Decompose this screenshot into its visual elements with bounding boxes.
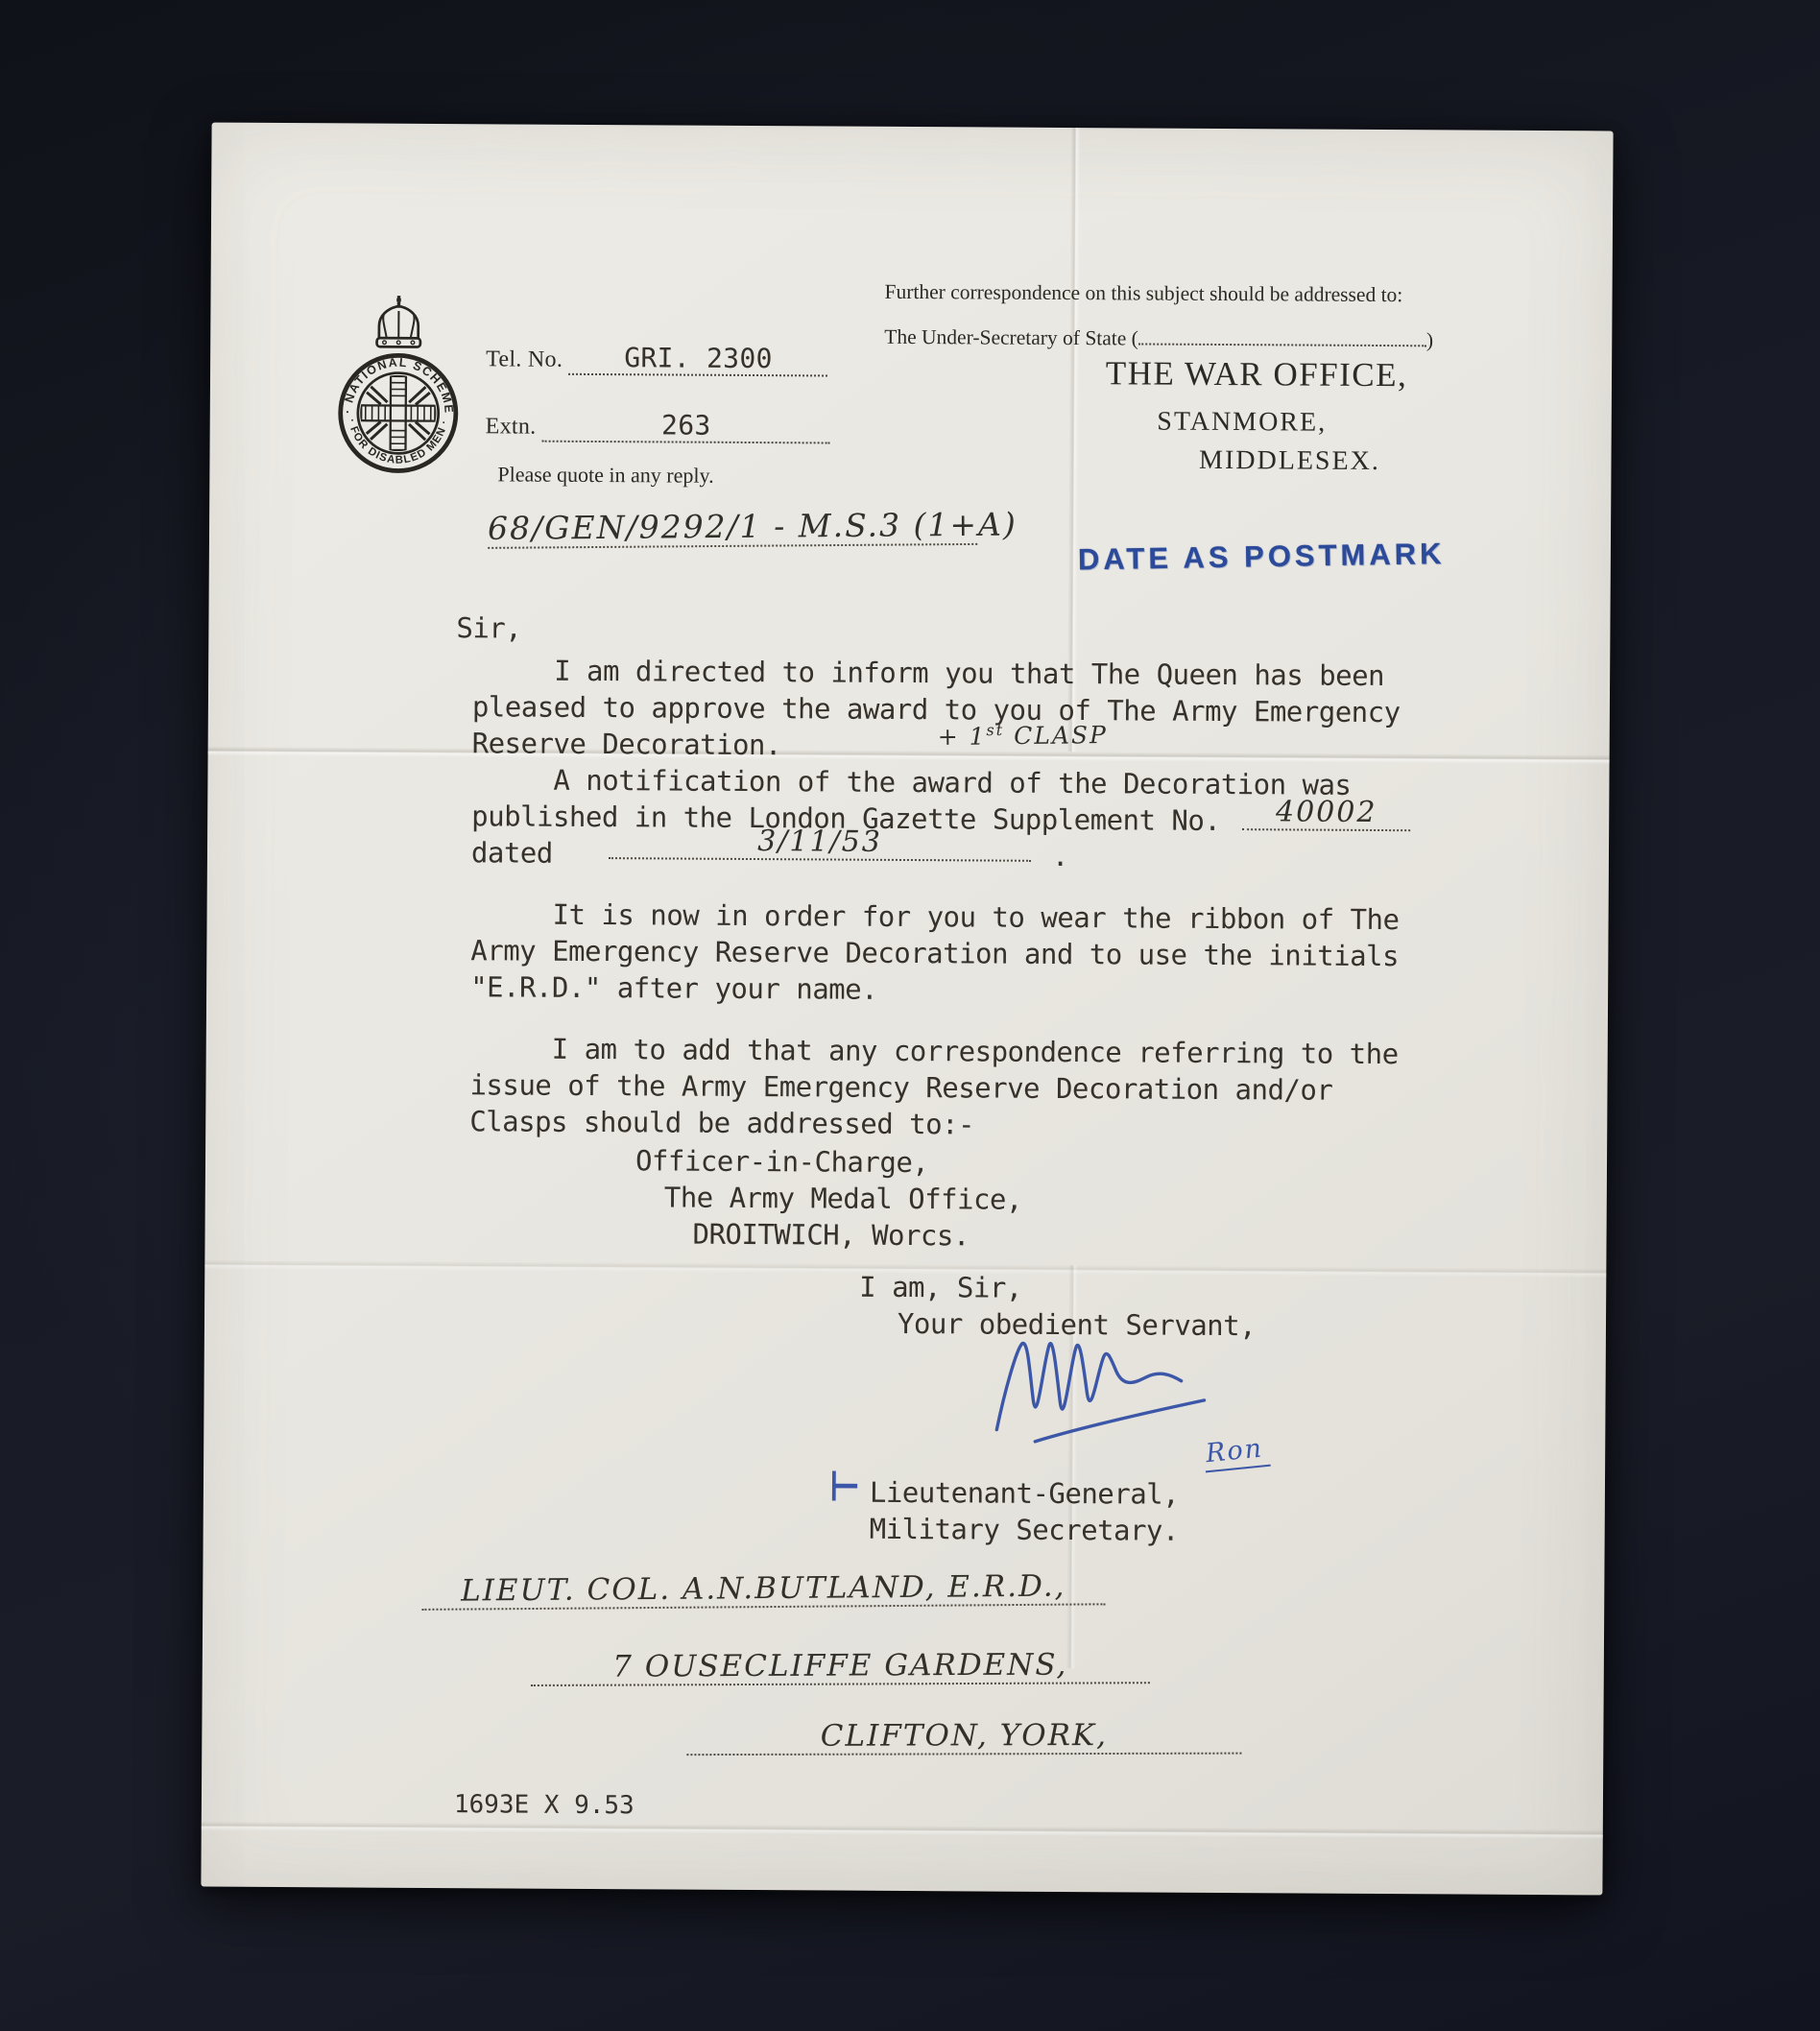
under-secretary-line: The Under-Secretary of State () bbox=[884, 323, 1433, 352]
extn-leader: 263 bbox=[542, 409, 830, 444]
signer-insertion-mark: ⊢ bbox=[829, 1463, 860, 1512]
form-number: 1693E X 9.53 bbox=[454, 1790, 635, 1820]
para3-line3: "E.R.D." after your name. bbox=[470, 970, 877, 1006]
gazette-date: 3/11/53 bbox=[609, 824, 1031, 862]
fold-crease-horizontal-upper bbox=[208, 747, 1610, 765]
para3-line1: It is now in order for you to wear the r… bbox=[552, 898, 1399, 936]
fold-crease-horizontal-bottom bbox=[202, 1822, 1603, 1840]
para1-line2: pleased to approve the award to you of T… bbox=[472, 690, 1401, 729]
para1-line1: I am directed to inform you that The Que… bbox=[554, 655, 1384, 692]
signer-title-line1: Lieutenant-General, bbox=[870, 1476, 1179, 1511]
para4-line2: issue of the Army Emergency Reserve Deco… bbox=[469, 1068, 1332, 1106]
recipient-line3: CLIFTON, YORK, bbox=[686, 1718, 1241, 1756]
para4-line1: I am to add that any correspondence refe… bbox=[552, 1033, 1399, 1070]
further-note-line1: Further correspondence on this subject s… bbox=[884, 280, 1402, 306]
gazette-number-text: 40002 bbox=[1276, 795, 1377, 829]
date-as-postmark-stamp: DATE AS POSTMARK bbox=[1078, 537, 1446, 577]
signature-ink-icon bbox=[979, 1331, 1326, 1468]
para4-line3: Clasps should be addressed to:- bbox=[469, 1105, 974, 1140]
tel-leader: GRI. 2300 bbox=[568, 342, 827, 377]
recipient-line3-text: CLIFTON, YORK, bbox=[821, 1718, 1108, 1754]
para2-line1: A notification of the award of the Decor… bbox=[553, 764, 1351, 801]
clasp-insertion-word: CLASP bbox=[1004, 721, 1108, 750]
letter-paper: · NATIONAL SCHEME · FOR DISABLED MEN · bbox=[201, 123, 1613, 1896]
gazette-number: 40002 bbox=[1242, 795, 1410, 831]
extn-line: Extn. 263 bbox=[486, 408, 830, 443]
signer-title-line2: Military Secretary. bbox=[870, 1513, 1179, 1547]
address-block-line1: Officer-in-Charge, bbox=[635, 1144, 928, 1179]
clasp-insertion: + 1st CLASP bbox=[938, 720, 1108, 751]
stanmore-line: STANMORE, bbox=[1060, 406, 1425, 439]
extn-value: 263 bbox=[661, 409, 711, 441]
salutation: Sir, bbox=[456, 611, 521, 644]
recipient-line2-text: 7 OUSECLIFFE GARDENS, bbox=[612, 1648, 1067, 1685]
dated-label: dated bbox=[471, 836, 553, 870]
tel-line: Tel. No. GRI. 2300 bbox=[486, 341, 828, 376]
reference-number-text: 68/GEN/9292/1 - M.S.3 (1+A) bbox=[488, 506, 1018, 547]
recipient-line1: LIEUT. COL. A.N.BUTLAND, E.R.D., bbox=[421, 1568, 1105, 1611]
tel-value: GRI. 2300 bbox=[624, 342, 773, 374]
middlesex-line: MIDDLESEX. bbox=[1107, 444, 1472, 477]
signature bbox=[979, 1331, 1326, 1468]
para3-line2: Army Emergency Reserve Decoration and to… bbox=[470, 934, 1399, 972]
address-block-line2: The Army Medal Office, bbox=[664, 1181, 1022, 1215]
clasp-insertion-prefix: + 1 bbox=[938, 722, 987, 751]
closing-line1: I am, Sir, bbox=[859, 1271, 1022, 1304]
under-secretary-label: The Under-Secretary of State ( bbox=[884, 325, 1138, 350]
under-secretary-leader bbox=[1138, 323, 1426, 346]
war-office-heading: THE WAR OFFICE, bbox=[1060, 354, 1453, 395]
recipient-line1-text: LIEUT. COL. A.N.BUTLAND, E.R.D., bbox=[461, 1569, 1066, 1609]
address-block-line3: DROITWICH, Worcs. bbox=[692, 1218, 970, 1253]
quote-note: Please quote in any reply. bbox=[497, 462, 713, 488]
para1-line3: Reserve Decoration. bbox=[472, 727, 781, 761]
reference-number: 68/GEN/9292/1 - M.S.3 (1+A) bbox=[488, 506, 977, 549]
tel-label: Tel. No. bbox=[486, 346, 563, 371]
clasp-insertion-sup: st bbox=[986, 721, 1004, 739]
extn-label: Extn. bbox=[486, 414, 537, 439]
under-secretary-close-paren: ) bbox=[1426, 328, 1433, 351]
gazette-date-text: 3/11/53 bbox=[757, 824, 882, 859]
further-correspondence-note: Further correspondence on this subject s… bbox=[884, 280, 1402, 307]
recipient-line2: 7 OUSECLIFFE GARDENS, bbox=[531, 1647, 1150, 1686]
dated-period: . bbox=[1052, 840, 1068, 872]
crown-roundel-icon: · NATIONAL SCHEME · FOR DISABLED MEN · bbox=[332, 288, 464, 477]
national-scheme-crest-logo: · NATIONAL SCHEME · FOR DISABLED MEN · bbox=[332, 288, 464, 477]
signature-annotation: Ron bbox=[1203, 1433, 1271, 1473]
